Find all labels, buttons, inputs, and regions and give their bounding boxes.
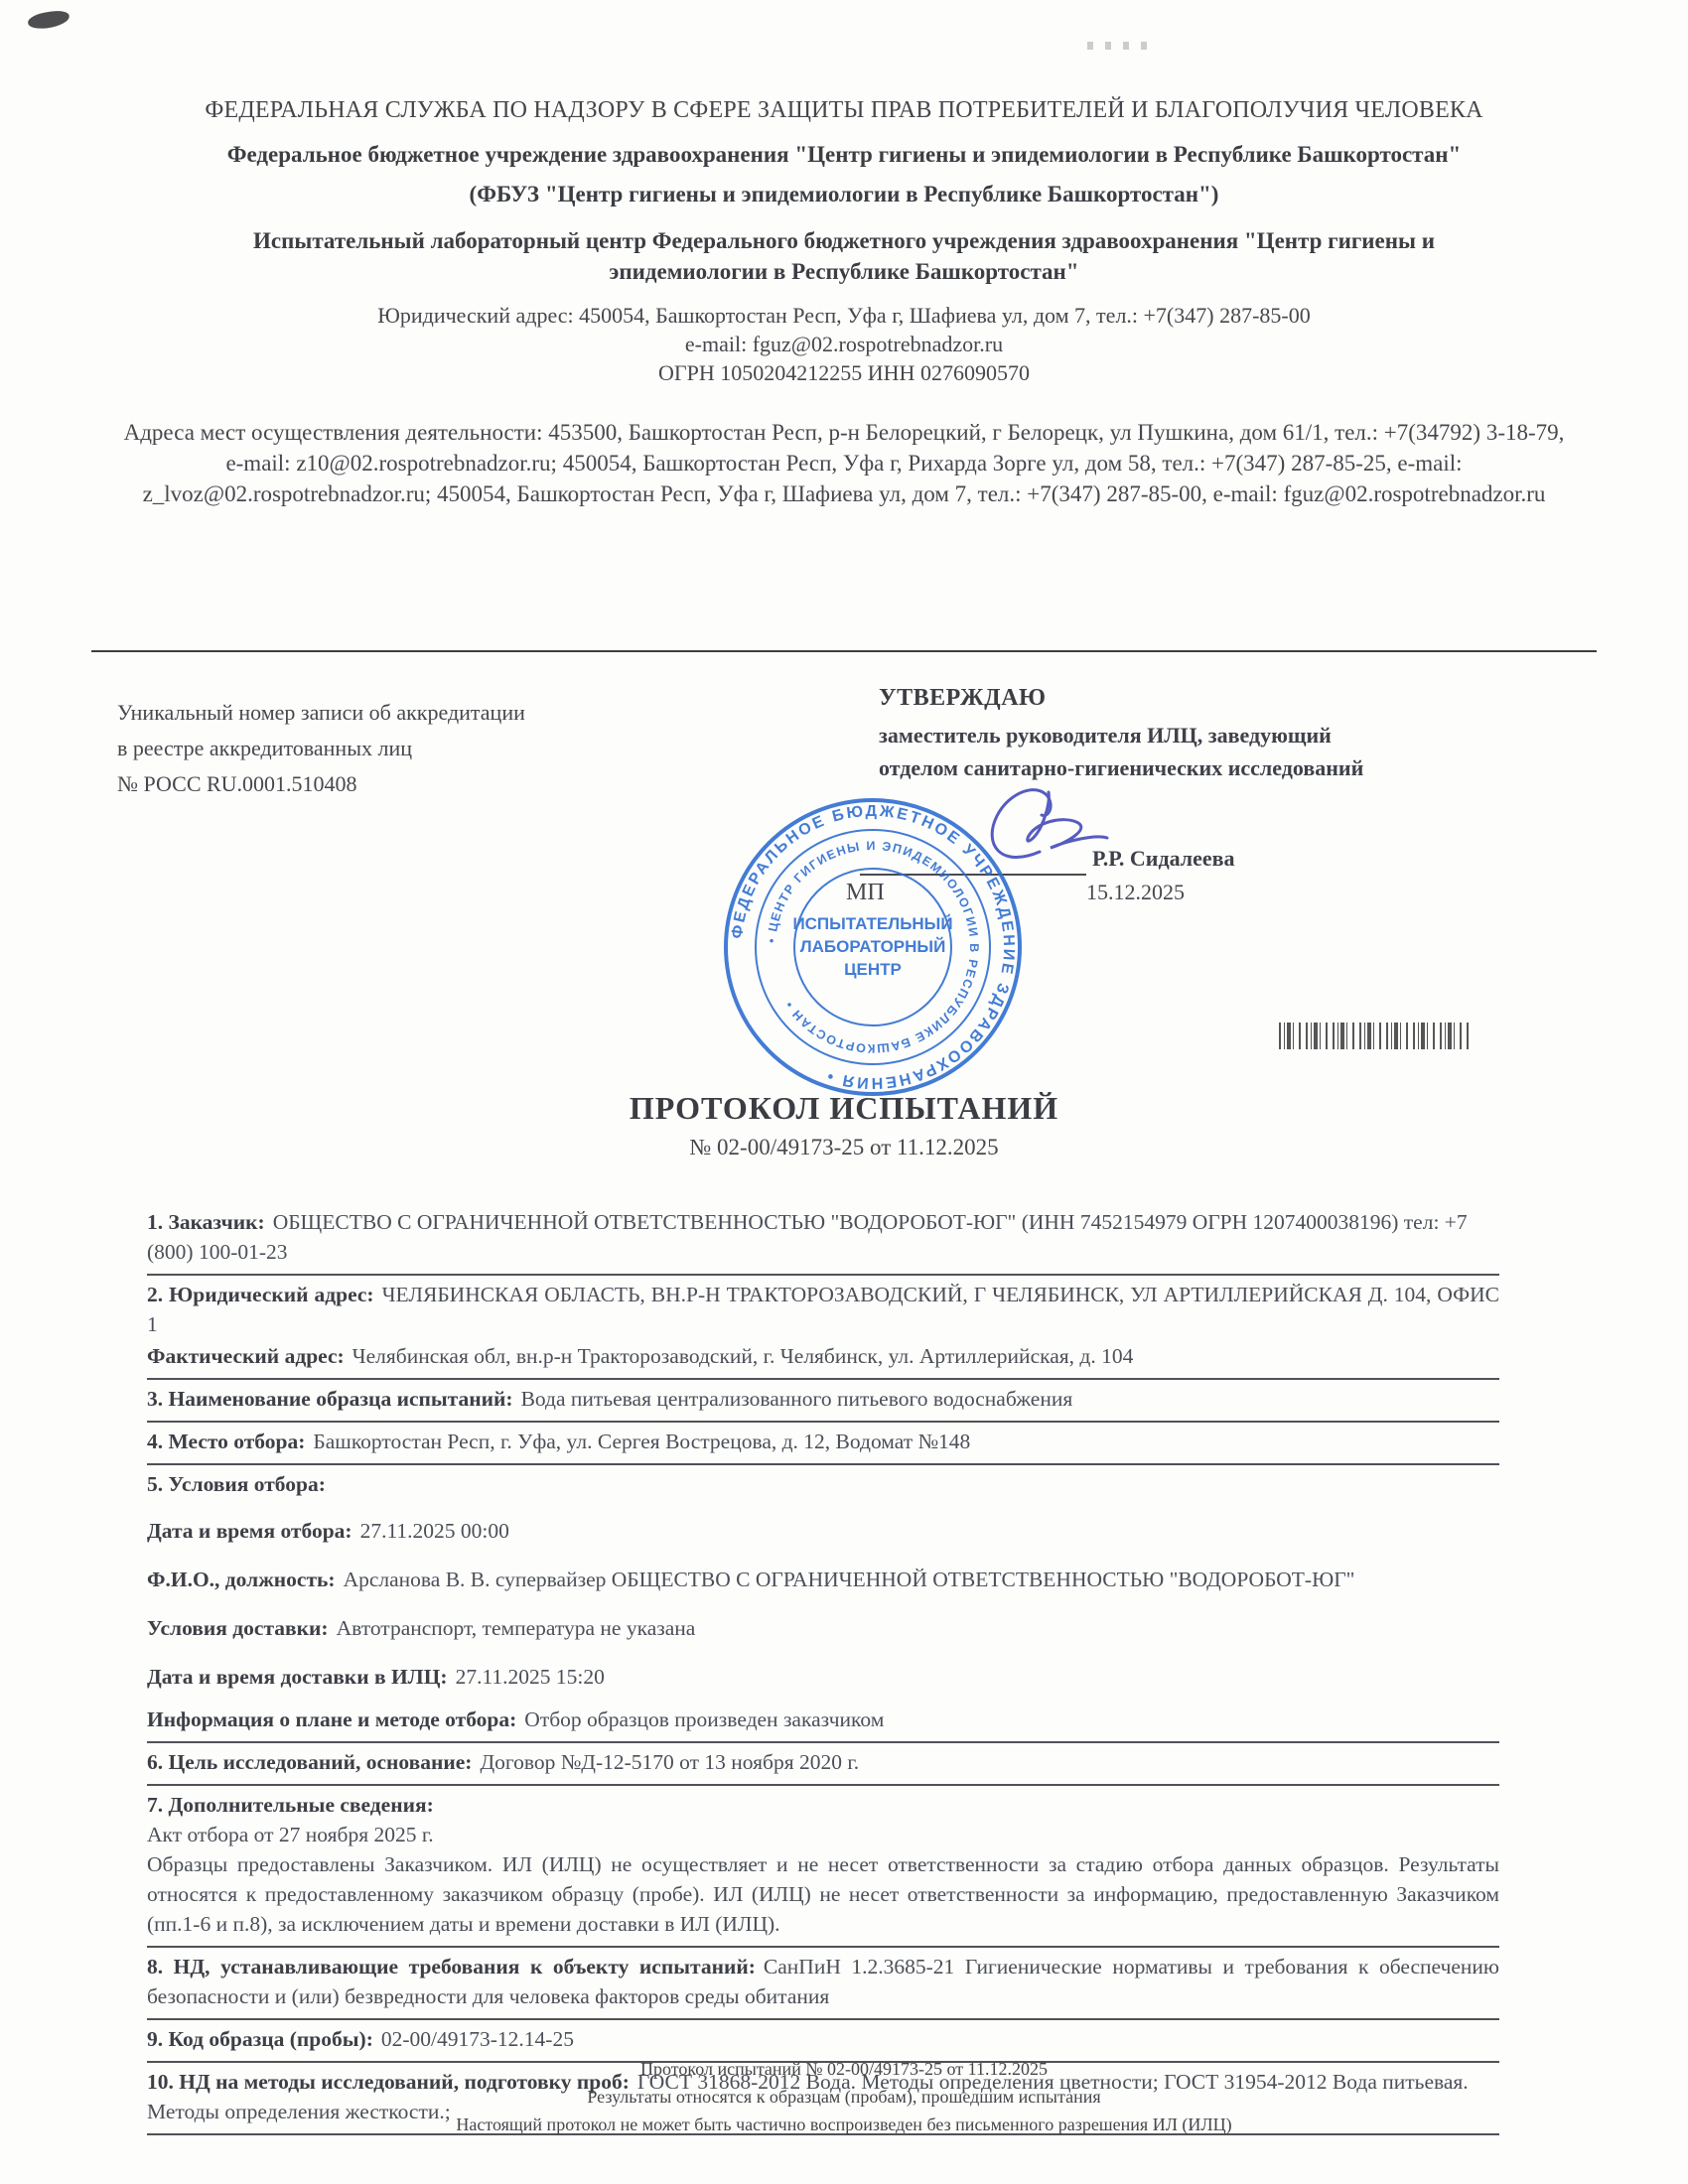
scan-specks [1087,42,1147,50]
row-value: Арсланова В. В. супервайзер ОБЩЕСТВО С О… [344,1568,1355,1591]
organization-full-name: Федеральное бюджетное учреждение здравоо… [99,140,1589,170]
footer-protocol-number: Протокол испытаний № 02-00/49173-25 от 1… [99,2055,1589,2083]
row-label: 3. Наименование образца испытаний: [147,1387,521,1411]
row-label: 7. Дополнительные сведения: [147,1793,442,1817]
protocol-items: 1. Заказчик:ОБЩЕСТВО С ОГРАНИЧЕННОЙ ОТВЕ… [147,1203,1499,2135]
row-label: Ф.И.О., должность: [147,1568,344,1591]
header-email: e-mail: fguz@02.rospotrebnadzor.ru [99,330,1589,358]
row-nd-requirements: 8. НД, устанавливающие требования к объе… [147,1948,1499,2020]
row-research-purpose: 6. Цель исследований, основание:Договор … [147,1743,1499,1786]
page-footer: Протокол испытаний № 02-00/49173-25 от 1… [99,2055,1589,2138]
row-actual-address: Фактический адрес:Челябинская обл, вн.р-… [147,1341,1499,1380]
protocol-number: № 02-00/49173-25 от 11.12.2025 [0,1135,1688,1160]
accreditation-number: № РОСС RU.0001.510408 [117,766,525,802]
additional-info-disclaimer: Образцы предоставлены Заказчиком. ИЛ (ИЛ… [147,1849,1499,1939]
row-customer: 1. Заказчик:ОБЩЕСТВО С ОГРАНИЧЕННОЙ ОТВЕ… [147,1203,1499,1276]
row-label: Дата и время доставки в ИЛЦ: [147,1665,456,1689]
row-label: 1. Заказчик: [147,1210,273,1234]
row-delivery-conditions: Условия доставки:Автотранспорт, температ… [147,1603,1499,1652]
row-value: Отбор образцов произведен заказчиком [524,1707,884,1731]
title-block: ПРОТОКОЛ ИСПЫТАНИЙ № 02-00/49173-25 от 1… [0,1090,1688,1160]
legal-address: Юридический адрес: 450054, Башкортостан … [99,301,1589,330]
row-value: Автотранспорт, температура не указана [337,1616,696,1640]
footer-results-note: Результаты относятся к образцам (пробам)… [99,2083,1589,2111]
row-delivery-datetime: Дата и время доставки в ИЛЦ:27.11.2025 1… [147,1652,1499,1701]
row-sampling-conditions: 5. Условия отбора: [147,1465,1499,1506]
row-sampler-name: Ф.И.О., должность:Арсланова В. В. суперв… [147,1555,1499,1603]
row-label: Дата и время отбора: [147,1519,360,1543]
row-label: 5. Условия отбора: [147,1472,334,1496]
stamp-center-line3: ЦЕНТР [844,960,902,979]
approval-position-line1: заместитель руководителя ИЛЦ, заведующий [879,723,1332,749]
approval-heading: УТВЕРЖДАЮ [879,685,1047,712]
row-value: Договор №Д-12-5170 от 13 ноября 2020 г. [480,1750,859,1774]
lab-center-name: Испытательный лабораторный центр Федерал… [179,225,1509,287]
row-value: 27.11.2025 15:20 [456,1665,605,1689]
row-label: Фактический адрес: [147,1344,352,1368]
document-header: ФЕДЕРАЛЬНАЯ СЛУЖБА ПО НАДЗОРУ В СФЕРЕ ЗА… [99,95,1589,509]
row-value: Башкортостан Респ, г. Уфа, ул. Сергея Во… [313,1430,970,1453]
footer-reproduction-note: Настоящий протокол не может быть частичн… [99,2111,1589,2138]
protocol-document-page: ФЕДЕРАЛЬНАЯ СЛУЖБА ПО НАДЗОРУ В СФЕРЕ ЗА… [0,0,1688,2184]
additional-info-act: Акт отбора от 27 ноября 2025 г. [147,1820,1499,1849]
row-legal-address: 2. Юридический адрес:ЧЕЛЯБИНСКАЯ ОБЛАСТЬ… [147,1276,1499,1341]
protocol-title: ПРОТОКОЛ ИСПЫТАНИЙ [0,1090,1688,1127]
federal-service-name: ФЕДЕРАЛЬНАЯ СЛУЖБА ПО НАДЗОРУ В СФЕРЕ ЗА… [99,95,1589,126]
approval-date: 15.12.2025 [1086,880,1185,905]
row-additional-info: 7. Дополнительные сведения: Акт отбора о… [147,1786,1499,1948]
row-sampling-datetime: Дата и время отбора:27.11.2025 00:00 [147,1506,1499,1555]
accreditation-line1: Уникальный номер записи об аккредитации [117,695,525,731]
row-label: 9. Код образца (пробы): [147,2027,381,2051]
row-label: 2. Юридический адрес: [147,1283,382,1306]
ogrn-inn: ОГРН 1050204212255 ИНН 0276090570 [99,358,1589,387]
header-divider [91,650,1597,652]
accreditation-block: Уникальный номер записи об аккредитации … [117,695,525,802]
row-sampling-plan-info: Информация о плане и методе отбора:Отбор… [147,1701,1499,1743]
row-value: 27.11.2025 00:00 [360,1519,509,1543]
scan-smudge [27,9,70,31]
row-value: Челябинская обл, вн.р-н Тракторозаводски… [352,1344,1134,1368]
row-label: 4. Место отбора: [147,1430,313,1453]
row-label: 6. Цель исследований, основание: [147,1750,480,1774]
activity-addresses: Адреса мест осуществления деятельности: … [119,417,1569,509]
row-sampling-place: 4. Место отбора:Башкортостан Респ, г. Уф… [147,1423,1499,1465]
accreditation-line2: в реестре аккредитованных лиц [117,731,525,766]
row-value: Вода питьевая централизованного питьевог… [521,1387,1073,1411]
row-value: ОБЩЕСТВО С ОГРАНИЧЕННОЙ ОТВЕТСТВЕННОСТЬЮ… [147,1210,1468,1264]
barcode [1279,1023,1470,1049]
stamp-center-line2: ЛАБОРАТОРНЫЙ [800,937,946,956]
row-sample-name: 3. Наименование образца испытаний:Вода п… [147,1380,1499,1423]
round-stamp: ФЕДЕРАЛЬНОЕ БЮДЖЕТНОЕ УЧРЕЖДЕНИЕ ЗДРАВОО… [718,792,1028,1102]
row-value: 02-00/49173-12.14-25 [381,2027,574,2051]
row-label: Информация о плане и методе отбора: [147,1707,524,1731]
row-label: Условия доставки: [147,1616,337,1640]
organization-short-name: (ФБУЗ "Центр гигиены и эпидемиологии в Р… [99,180,1589,209]
stamp-center-line1: ИСПЫТАТЕЛЬНЫЙ [792,914,952,933]
approver-name: Р.Р. Сидалеева [1092,846,1235,872]
row-label: 8. НД, устанавливающие требования к объе… [147,1955,764,1979]
